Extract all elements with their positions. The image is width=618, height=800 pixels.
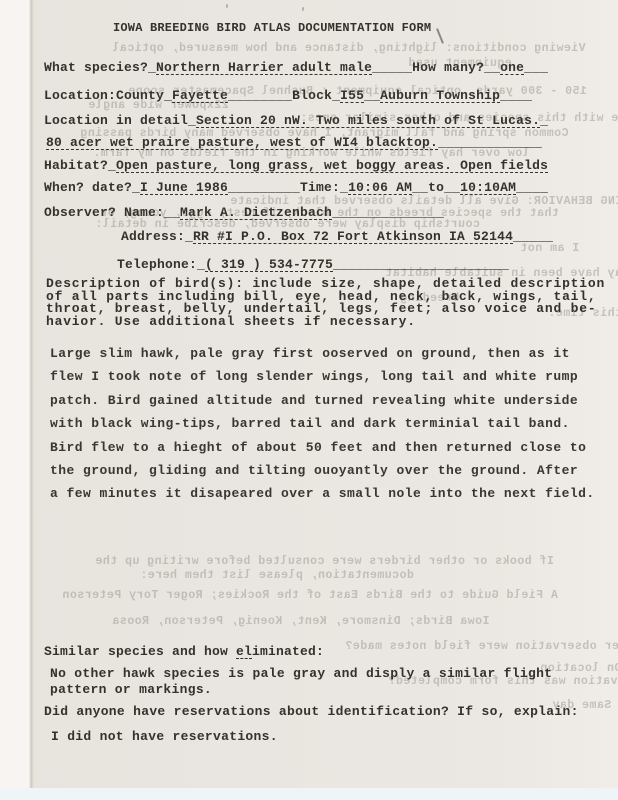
field-label: ____: [500, 88, 532, 103]
reservations-question: Did anyone have reservations about ident…: [44, 704, 579, 719]
text-line: with black wing-tips, barred tail and da…: [50, 412, 595, 435]
field-label: ______________________: [333, 257, 509, 272]
similar-species-answer-line-1: No other hawk species is pale gray and d…: [50, 666, 552, 681]
field-value: Open pasture, long grass, wet boggy area…: [116, 158, 548, 173]
field-value: I June 1986: [140, 180, 228, 195]
description-body-text: Large slim hawk, pale gray first ooserve…: [50, 342, 595, 506]
field-value: I55: [340, 88, 364, 103]
field-label: Time:_: [300, 180, 348, 195]
field-observer-name-line: Observer? Name:__Mark A. Dietzenbach____…: [44, 205, 444, 220]
field-label: Similar species and how: [44, 644, 236, 659]
field-location-detail-line-2: 80 acer wet praire pasture, west of WI4 …: [46, 135, 542, 150]
text-line: the ground, gliding and tilting ouoyantl…: [50, 459, 595, 482]
similar-species-answer-line-2: pattern or markings.: [50, 682, 212, 697]
field-value: Section 20 nW. Two miles south of St Luc…: [196, 113, 540, 128]
page-edge-shadow: [29, 0, 34, 789]
text-line: Bird flew to a hieght of about 50 feet a…: [50, 436, 595, 459]
text-line: a few minutes it disapeared over a small…: [50, 482, 595, 505]
field-value: Mark A. Dietzenbach: [180, 205, 332, 220]
field-label: Address:_: [121, 229, 193, 244]
scanner-margin-left: [0, 0, 29, 800]
scan-speck: [226, 4, 228, 8]
field-label: Observer? Name:__: [44, 205, 180, 220]
field-label: __to__: [412, 180, 460, 195]
field-value: 10:10AM: [460, 180, 516, 195]
field-label: Habitat?_: [44, 158, 116, 173]
field-value: RR #I P.O. Box 72 Fort Atkinson IA 52144: [193, 229, 513, 244]
field-value: one: [500, 60, 524, 75]
field-species-line: What species?_Northern Harrier adult mal…: [44, 60, 548, 75]
field-label: ________: [228, 88, 292, 103]
bleed-through-line: If books or other birders were consulted…: [95, 555, 554, 568]
field-habitat-line: Habitat?_Open pasture, long grass, wet b…: [44, 158, 548, 173]
bleed-through-line: documentation, please list them here:: [140, 569, 414, 582]
text-line: patch. Bird gained altitude and turned r…: [50, 389, 595, 412]
field-label: _: [540, 113, 548, 128]
field-label: ___: [524, 60, 548, 75]
field-label: _____________: [438, 135, 542, 150]
field-label: ____: [516, 180, 548, 195]
field-value: 80 acer wet praire pasture, west of WI4 …: [46, 135, 438, 150]
field-label: iminated:: [252, 644, 324, 659]
field-label: Block_: [292, 88, 340, 103]
reservations-answer: I did not have reservations.: [51, 729, 278, 744]
scan-speck: [302, 7, 304, 11]
field-value: ( 319 ) 534-7775: [205, 257, 333, 272]
field-label: Location in detail_: [44, 113, 196, 128]
field-label: Location:County_: [44, 88, 172, 103]
field-label: _________: [228, 180, 300, 195]
field-value: Auburn Township: [380, 88, 500, 103]
field-label: When? date?_: [44, 180, 140, 195]
field-label: __: [364, 88, 380, 103]
field-address-line: Address:_RR #I P.O. Box 72 Fort Atkinson…: [121, 229, 553, 244]
field-label: _____: [513, 229, 553, 244]
field-label: _____: [372, 60, 412, 75]
scanned-document-page: Viewing conditions: lighting, distance a…: [0, 0, 618, 800]
bleed-through-line: Iowa Birds; Dinsmore, Kent, Koenig, Pete…: [112, 615, 489, 628]
bleed-through-line: A Field Guide to the Birds East of the R…: [62, 589, 558, 602]
field-value: 10:06 AM: [348, 180, 412, 195]
field-location-line: Location:County_Fayette________Block_I55…: [44, 88, 532, 103]
text-line: flew I took note of long slender wings, …: [50, 365, 595, 388]
field-label: Telephone:_: [117, 257, 205, 272]
field-value: el: [236, 644, 252, 659]
text-line: Large slim hawk, pale gray first ooserve…: [50, 342, 595, 365]
scanner-margin-bottom: [0, 788, 618, 800]
field-telephone-line: Telephone:_( 319 ) 534-7775_____________…: [117, 257, 509, 272]
field-location-detail-line-1: Location in detail_Section 20 nW. Two mi…: [44, 113, 548, 128]
text-line: havior. Use additional sheets if necessa…: [46, 316, 605, 329]
form-title: IOWA BREEDING BIRD ATLAS DOCUMENTATION F…: [113, 21, 431, 35]
bleed-through-line: Viewing conditions: lighting, distance a…: [112, 42, 586, 55]
bleed-through-line: How long after observation were field no…: [345, 640, 618, 653]
field-label: How many?__: [412, 60, 500, 75]
field-when-time-line: When? date?_I June 1986_________Time:_10…: [44, 180, 548, 195]
field-value: Northern Harrier adult male: [156, 60, 372, 75]
field-value: Fayette: [172, 88, 228, 103]
field-label: What species?_: [44, 60, 156, 75]
field-label: ______________: [332, 205, 444, 220]
similar-species-heading: Similar species and how eliminated:: [44, 644, 324, 659]
description-instructions: Description of bird(s): include size, sh…: [46, 278, 605, 329]
